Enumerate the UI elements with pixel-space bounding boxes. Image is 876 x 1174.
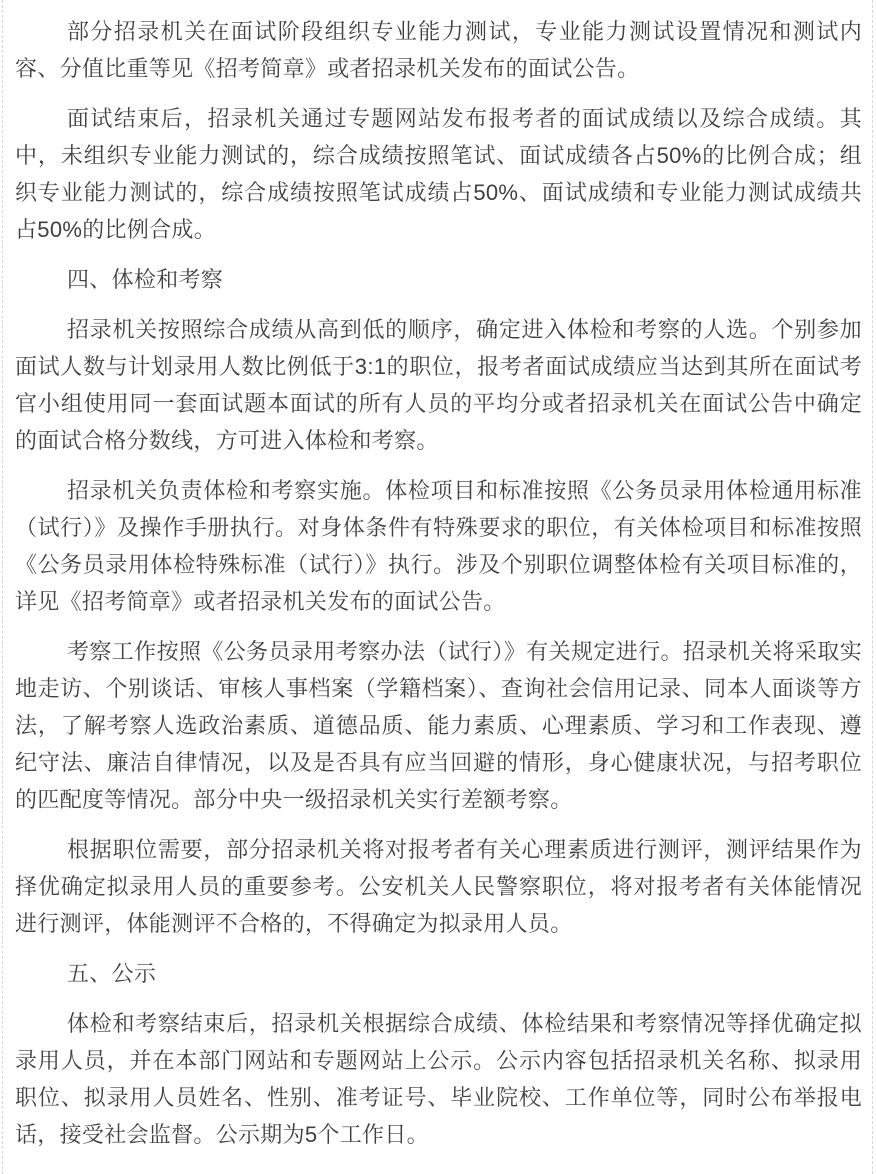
document-body: 部分招录机关在面试阶段组织专业能力测试，专业能力测试设置情况和测试内容、分值比重… [0, 0, 876, 1174]
section-heading: 四、体检和考察 [15, 261, 862, 298]
body-paragraph: 根据职位需要，部分招录机关将对报考者有关心理素质进行测评，测评结果作为择优确定拟… [15, 831, 862, 942]
body-paragraph: 考察工作按照《公务员录用考察办法（试行）》有关规定进行。招录机关将采取实地走访、… [15, 633, 862, 818]
right-dashed-border [872, 0, 873, 1174]
document-page: 部分招录机关在面试阶段组织专业能力测试，专业能力测试设置情况和测试内容、分值比重… [0, 0, 876, 1174]
body-paragraph: 面试结束后，招录机关通过专题网站发布报考者的面试成绩以及综合成绩。其中，未组织专… [15, 100, 862, 248]
section-heading: 五、公示 [15, 955, 862, 992]
body-paragraph: 体检和考察结束后，招录机关根据综合成绩、体检结果和考察情况等择优确定拟录用人员，… [15, 1005, 862, 1153]
left-dashed-border [2, 0, 3, 1174]
body-paragraph: 部分招录机关在面试阶段组织专业能力测试，专业能力测试设置情况和测试内容、分值比重… [15, 13, 862, 87]
body-paragraph: 招录机关负责体检和考察实施。体检项目和标准按照《公务员录用体检通用标准（试行）》… [15, 472, 862, 620]
body-paragraph: 招录机关按照综合成绩从高到低的顺序，确定进入体检和考察的人选。个别参加面试人数与… [15, 311, 862, 459]
